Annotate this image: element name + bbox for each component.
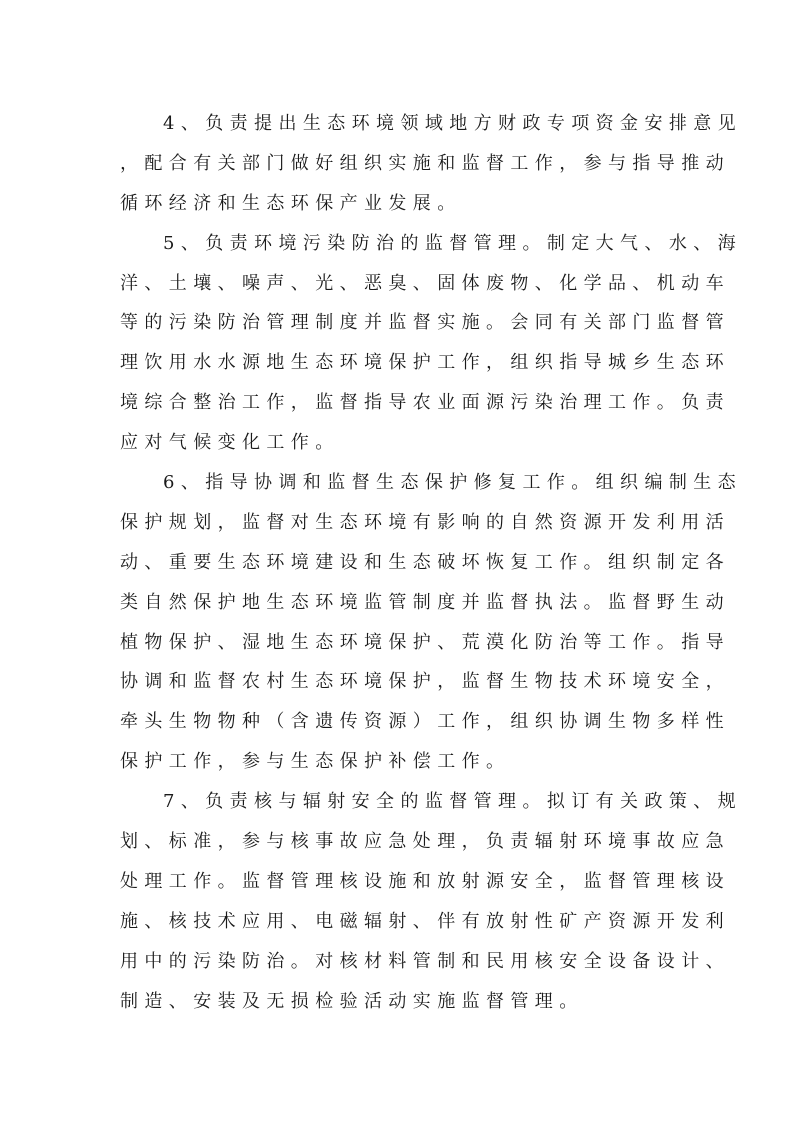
paragraph-7: 7、负责核与辐射安全的监督管理。拟订有关政策、规 划、标准，参与核事故应急处理，… — [120, 782, 680, 1021]
text-line: 保护规划，监督对生态环境有影响的自然资源开发利用活 — [120, 503, 680, 543]
text-line: 制造、安装及无损检验活动实施监督管理。 — [120, 982, 680, 1022]
paragraph-4: 4、负责提出生态环境领域地方财政专项资金安排意见 ，配合有关部门做好组织实施和监… — [120, 104, 680, 224]
text-line: ，配合有关部门做好组织实施和监督工作，参与指导推动 — [120, 144, 680, 184]
text-line: 动、重要生态环境建设和生态破坏恢复工作。组织制定各 — [120, 543, 680, 583]
text-line: 7、负责核与辐射安全的监督管理。拟订有关政策、规 — [120, 782, 680, 822]
text-line: 划、标准，参与核事故应急处理，负责辐射环境事故应急 — [120, 822, 680, 862]
text-line: 循环经济和生态环保产业发展。 — [120, 184, 680, 224]
text-line: 类自然保护地生态环境监管制度并监督执法。监督野生动 — [120, 583, 680, 623]
text-line: 应对气候变化工作。 — [120, 423, 680, 463]
text-line: 施、核技术应用、电磁辐射、伴有放射性矿产资源开发利 — [120, 902, 680, 942]
paragraph-5: 5、负责环境污染防治的监督管理。制定大气、水、海 洋、土壤、噪声、光、恶臭、固体… — [120, 224, 680, 463]
paragraph-6: 6、指导协调和监督生态保护修复工作。组织编制生态 保护规划，监督对生态环境有影响… — [120, 463, 680, 782]
text-line: 协调和监督农村生态环境保护，监督生物技术环境安全， — [120, 662, 680, 702]
text-line: 牵头生物物种（含遗传资源）工作，组织协调生物多样性 — [120, 702, 680, 742]
text-line: 6、指导协调和监督生态保护修复工作。组织编制生态 — [120, 463, 680, 503]
text-line: 洋、土壤、噪声、光、恶臭、固体废物、化学品、机动车 — [120, 264, 680, 304]
text-line: 植物保护、湿地生态环境保护、荒漠化防治等工作。指导 — [120, 623, 680, 663]
text-line: 5、负责环境污染防治的监督管理。制定大气、水、海 — [120, 224, 680, 264]
text-line: 保护工作，参与生态保护补偿工作。 — [120, 742, 680, 782]
document-page: 4、负责提出生态环境领域地方财政专项资金安排意见 ，配合有关部门做好组织实施和监… — [120, 104, 680, 1021]
text-line: 等的污染防治管理制度并监督实施。会同有关部门监督管 — [120, 303, 680, 343]
text-line: 用中的污染防治。对核材料管制和民用核安全设备设计、 — [120, 942, 680, 982]
text-line: 理饮用水水源地生态环境保护工作，组织指导城乡生态环 — [120, 343, 680, 383]
text-line: 4、负责提出生态环境领域地方财政专项资金安排意见 — [120, 104, 680, 144]
text-line: 处理工作。监督管理核设施和放射源安全，监督管理核设 — [120, 862, 680, 902]
text-line: 境综合整治工作，监督指导农业面源污染治理工作。负责 — [120, 383, 680, 423]
